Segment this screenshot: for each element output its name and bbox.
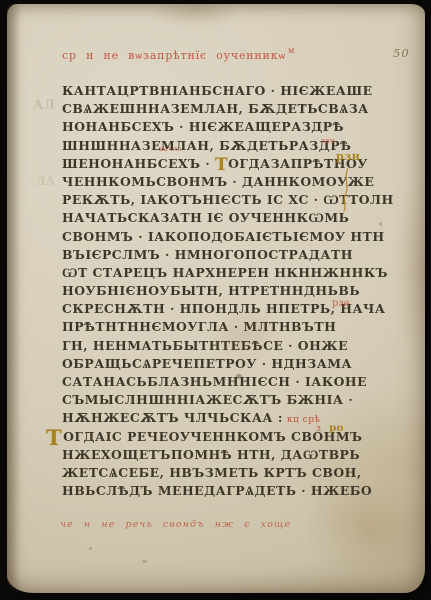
line-text: НОНАНБСЕХЪ · НІЄЖЕАЩЕРАЗДРѢ xyxy=(62,119,344,134)
line-text: ПРѢТНТННЄМОУГЛА · МЛТНВЪТН xyxy=(62,319,336,334)
line-text: ШНШННАЗЕМЛАН, БѪДЕТЬРАЗДРѢ xyxy=(62,138,351,153)
line-text: НЖЕХОЩЕТЪПОМНѢ НТН, ДАѠТВРЬ xyxy=(62,447,360,462)
rubric-text: ср н не вѡзапрѣтнїє оученникѡ xyxy=(62,49,286,62)
ghost-showthrough: АЛ xyxy=(33,98,56,114)
photo-background: 50 ср н не вѡзапрѣтнїє оученникѡм начло … xyxy=(0,0,431,600)
line-text: ѠТ СТАРЕЦЪ НАРХНЕРЕН НКННЖННКЪ xyxy=(62,265,388,280)
text-line: ОБРАЩЬСѦРЕЧЕПЕТРОУ · НДНЗАМА xyxy=(62,355,392,373)
text-line: САТАНАСЬБЛАЗНЬМННІЄСН · ІАКОНЕ xyxy=(62,373,392,391)
margin-zachalo-number: рзн xyxy=(336,150,360,163)
text-line: ЖЕТСѦСЕБЕ, НВЪЗМЕТЬ КРТЪ СВОН, xyxy=(62,464,392,482)
rubric-heading: ср н не вѡзапрѣтнїє оученникѡм xyxy=(62,46,295,62)
text-line: НОНАНБСЕХЪ · НІЄЖЕАЩЕРАЗДРѢ xyxy=(62,118,392,136)
text-line: СЪМЫСЛНШННІАЖЕСѪТЪ БЖНІА · xyxy=(62,391,392,409)
line-text: ЧЕННКОМЬСВОНМЪ · ДАННКОМОУЖЕ xyxy=(62,174,374,189)
line-text: ШЕНОНАНБСЕХЪ · xyxy=(62,156,215,171)
line-text: ГН, НЕНМАТЬБЫТНТЕБѢСЕ · ОНЖЕ xyxy=(62,338,348,353)
folio-number: 50 xyxy=(393,46,410,60)
text-line: ВЪІЄРСЛМЪ · НМНОГОПОСТРАДАТН xyxy=(62,246,392,264)
margin-zachalo-number-2: ро xyxy=(329,422,343,434)
text-line: КАНТАЦРТВНІАНБСНАГО · НІЄЖЕАШЕ xyxy=(62,82,392,100)
stain-speck xyxy=(303,104,306,107)
line-text: ВЪІЄРСЛМЪ · НМНОГОПОСТРАДАТН xyxy=(62,247,353,262)
margin-lection-number: рзѳ xyxy=(332,298,349,309)
line-text: ОБРАЩЬСѦРЕЧЕПЕТРОУ · НДНЗАМА xyxy=(62,356,352,371)
text-line: НВЬСЛѢДЪ МЕНЕДАГРѦДЕТЬ · НЖЕБО xyxy=(62,482,392,500)
gutter-shadow xyxy=(7,4,21,593)
margin-zachalo-label: зач xyxy=(321,136,335,145)
gold-initial: Т xyxy=(215,155,228,175)
text-line: ѠТ СТАРЕЦЪ НАРХНЕРЕН НКННЖННКЪ xyxy=(62,264,392,282)
line-text: САТАНАСЬБЛАЗНЬМННІЄСН · ІАКОНЕ xyxy=(62,374,367,389)
line-text: СВОНМЪ · ІАКОПОДОБАІЄТЬІЄМОУ НТН xyxy=(62,229,385,244)
gold-initial: Т xyxy=(46,425,62,450)
line-text: НВЬСЛѢДЪ МЕНЕДАГРѦДЕТЬ · НЖЕБО xyxy=(62,483,372,498)
rubric-superscript: м xyxy=(288,46,295,55)
line-text: СВѦЖЕШННАЗЕМЛАН, БѪДЕТЬСВѦЗА xyxy=(62,101,369,116)
line-text: НОУБНІЄНОУБЫТН, НТРЕТННДНЬВЬ xyxy=(62,283,360,298)
stain-speck xyxy=(236,374,242,379)
line-text: КАНТАЦРТВНІАНБСНАГО · НІЄЖЕАШЕ xyxy=(62,83,373,98)
stain-speck xyxy=(379,222,382,226)
manuscript-page: 50 ср н не вѡзапрѣтнїє оученникѡм начло … xyxy=(7,4,425,593)
text-line: ПРѢТНТННЄМОУГЛА · МЛТНВЪТН xyxy=(62,318,392,336)
text-line: НАЧАТЬСКАЗАТН ІЄ ОУЧЕННКѠМЬ xyxy=(62,209,392,227)
text-line: НЖЕХОЩЕТЪПОМНѢ НТН, ДАѠТВРЬ xyxy=(62,446,392,464)
line-text: НАЧАТЬСКАЗАТН ІЄ ОУЧЕННКѠМЬ xyxy=(62,210,349,225)
margin-zachalo-label-2: з xyxy=(316,424,321,434)
stain-speck xyxy=(142,560,147,563)
text-block: КАНТАЦРТВНІАНБСНАГО · НІЄЖЕАШЕСВѦЖЕШННАЗ… xyxy=(62,82,392,500)
text-line: СВѦЖЕШННАЗЕМЛАН, БѪДЕТЬСВѦЗА xyxy=(62,100,392,118)
text-line: ГН, НЕНМАТЬБЫТНТЕБѢСЕ · ОНЖЕ xyxy=(62,337,392,355)
stain-speck xyxy=(89,547,92,550)
line-text: НѪНЖЕСѪТЪ ЧЛЧЬСКАА : xyxy=(62,410,283,425)
line-text: СЪМЫСЛНШННІАЖЕСѪТЪ БЖНІА · xyxy=(62,392,353,407)
ghost-showthrough-2: ЛА xyxy=(35,174,56,189)
marginal-flourish-icon xyxy=(341,166,351,212)
text-line: СВОНМЪ · ІАКОПОДОБАІЄТЬІЄМОУ НТН xyxy=(62,228,392,246)
footer-rubric: че н не речь свондъ нж є хоще xyxy=(60,519,291,530)
line-text: ЖЕТСѦСЕБЕ, НВЪЗМЕТЬ КРТЪ СВОН, xyxy=(62,465,362,480)
